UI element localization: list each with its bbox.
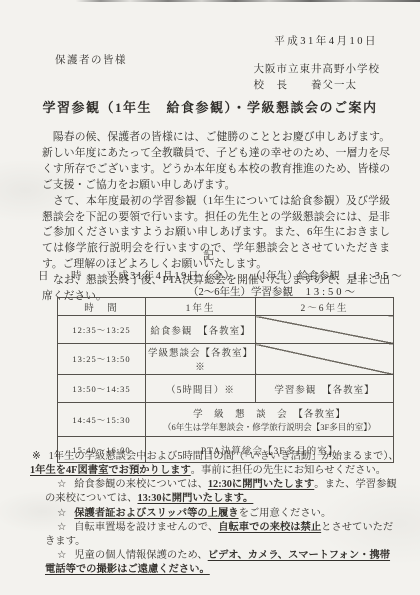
sender-block: 大阪市立東井高野小学校 校 長 養父一太 — [254, 62, 381, 94]
row3-time: 13:50～14:35 — [58, 375, 146, 403]
star-icon: ☆ — [57, 550, 66, 561]
row3-grade1: （5時間目）※ — [146, 375, 256, 403]
document-title: 学習参観（1年生 給食参観）・学級懇談会のご案内 — [0, 97, 420, 116]
note-bicycle: ☆自転車置場を設けませんので、自転車での来校は禁止とさせていただきます。 — [45, 521, 400, 549]
table-header-row: 時 間 1年生 2～6年生 — [58, 298, 394, 316]
row2-empty-diagonal — [256, 344, 394, 375]
header-time: 時 間 — [58, 298, 146, 316]
note-kome-text: 1年生の学級懇談会中および5時間目の間（「いきいき活動」が始まるまで）、 — [49, 451, 399, 462]
note-bicycle-pre: 自転車置場を設けませんので、 — [74, 522, 218, 533]
grade1-time: 12:35～ — [352, 271, 404, 282]
note-kome-post: 。事前に担任の先生にお知らせください。 — [191, 465, 386, 476]
row4-line1: 学 級 懇 談 会 【各教室】 — [193, 410, 346, 420]
event-date: 平成31年4月19日（金） — [106, 271, 236, 282]
schedule-table: 時 間 1年生 2～6年生 12:35～13:25 給食参観 【各教室】 13:… — [57, 297, 394, 463]
document-page: 平成31年4月10日 保護者の皆様 大阪市立東井高野小学校 校 長 養父一太 学… — [0, 0, 420, 595]
note-gate-times: ☆給食参観の来校については、12:30に開門いたします。また、学習参観の来校につ… — [45, 478, 400, 506]
note-slippers: ☆保護者証およびスリッパ等の上履きをご用意ください。 — [45, 507, 400, 521]
star-icon: ☆ — [57, 508, 66, 519]
notes-section: ※1年生の学級懇談会中および5時間目の間（「いきいき活動」が始まるまで）、1年生… — [30, 450, 400, 577]
note-bicycle-strong: 自転車での来校は禁止 — [218, 522, 321, 533]
recipient-line: 保護者の皆様 — [55, 52, 127, 67]
row2-time: 13:25～13:50 — [58, 344, 146, 375]
note-slippers-strong: 保護者証およびスリッパ等の上履き — [74, 508, 238, 519]
table-row: 12:35～13:25 給食参観 【各教室】 — [58, 316, 394, 344]
principal-name: 校 長 養父一太 — [254, 78, 381, 94]
body-paragraph-1: 陽春の候、保護者の皆様には、ご健勝のこととお慶び申しあげます。新しい年度にあたっ… — [42, 130, 390, 194]
datetime-section: 日 時 平成31年4月19日（金） （1年生）給食参観 12:35～ （2～6年… — [38, 268, 400, 299]
kome-icon: ※ — [32, 451, 41, 462]
issue-date: 平成31年4月10日 — [274, 33, 378, 48]
row1-grade1: 給食参観 【各教室】 — [146, 316, 256, 344]
note-gate-pre: 給食参観の来校については、 — [74, 479, 208, 490]
star-icon: ☆ — [57, 479, 66, 490]
note-photography-pre: 児童の個人情報保護のため、 — [74, 550, 207, 561]
star-icon: ☆ — [57, 522, 66, 533]
row3-grade2-6: 学習参観 【各教室】 — [256, 375, 394, 403]
grade1-event: （1年生）給食参観 — [251, 271, 340, 282]
note-gate-strong1: 12:30に開門いたします — [208, 479, 314, 490]
row2-grade1: 学級懇談会【各教室】※ — [146, 344, 256, 375]
note-kome-strong: 1年生を4F図書室でお預かりします — [30, 465, 191, 476]
table-row: 14:45～15:30 学 級 懇 談 会 【各教室】 （6年生は学年懇談会・修… — [58, 403, 394, 437]
datetime-line-1: 日 時 平成31年4月19日（金） （1年生）給食参観 12:35～ — [38, 268, 400, 283]
table-row: 13:25～13:50 学級懇談会【各教室】※ — [58, 344, 394, 375]
header-grade1: 1年生 — [146, 298, 256, 316]
school-name: 大阪市立東井高野小学校 — [254, 62, 381, 78]
row4-time: 14:45～15:30 — [58, 403, 146, 437]
note-photography: ☆児童の個人情報保護のため、ビデオ、カメラ、スマートフォン・携帯電話等での撮影は… — [45, 549, 400, 577]
table-row: 13:50～14:35 （5時間目）※ 学習参観 【各教室】 — [58, 375, 394, 403]
note-slippers-post: をご用意ください。 — [239, 508, 332, 519]
note-kome: ※1年生の学級懇談会中および5時間目の間（「いきいき活動」が始まるまで）、1年生… — [30, 450, 400, 478]
scan-edge-artifact — [0, 0, 420, 2]
datetime-label: 日 時 — [38, 271, 88, 282]
ki-marker: 記 — [0, 247, 420, 263]
row4-line2: （6年生は学年懇談会・修学旅行説明会【3F多目的室】） — [148, 421, 391, 433]
row1-time: 12:35～13:25 — [58, 316, 146, 344]
header-grade2-6: 2～6年生 — [256, 298, 394, 316]
row4-span-cell: 学 級 懇 談 会 【各教室】 （6年生は学年懇談会・修学旅行説明会【3F多目的… — [146, 403, 394, 437]
row1-empty-diagonal — [256, 316, 394, 344]
note-gate-strong2: 13:30に開門いたします。 — [137, 493, 253, 504]
